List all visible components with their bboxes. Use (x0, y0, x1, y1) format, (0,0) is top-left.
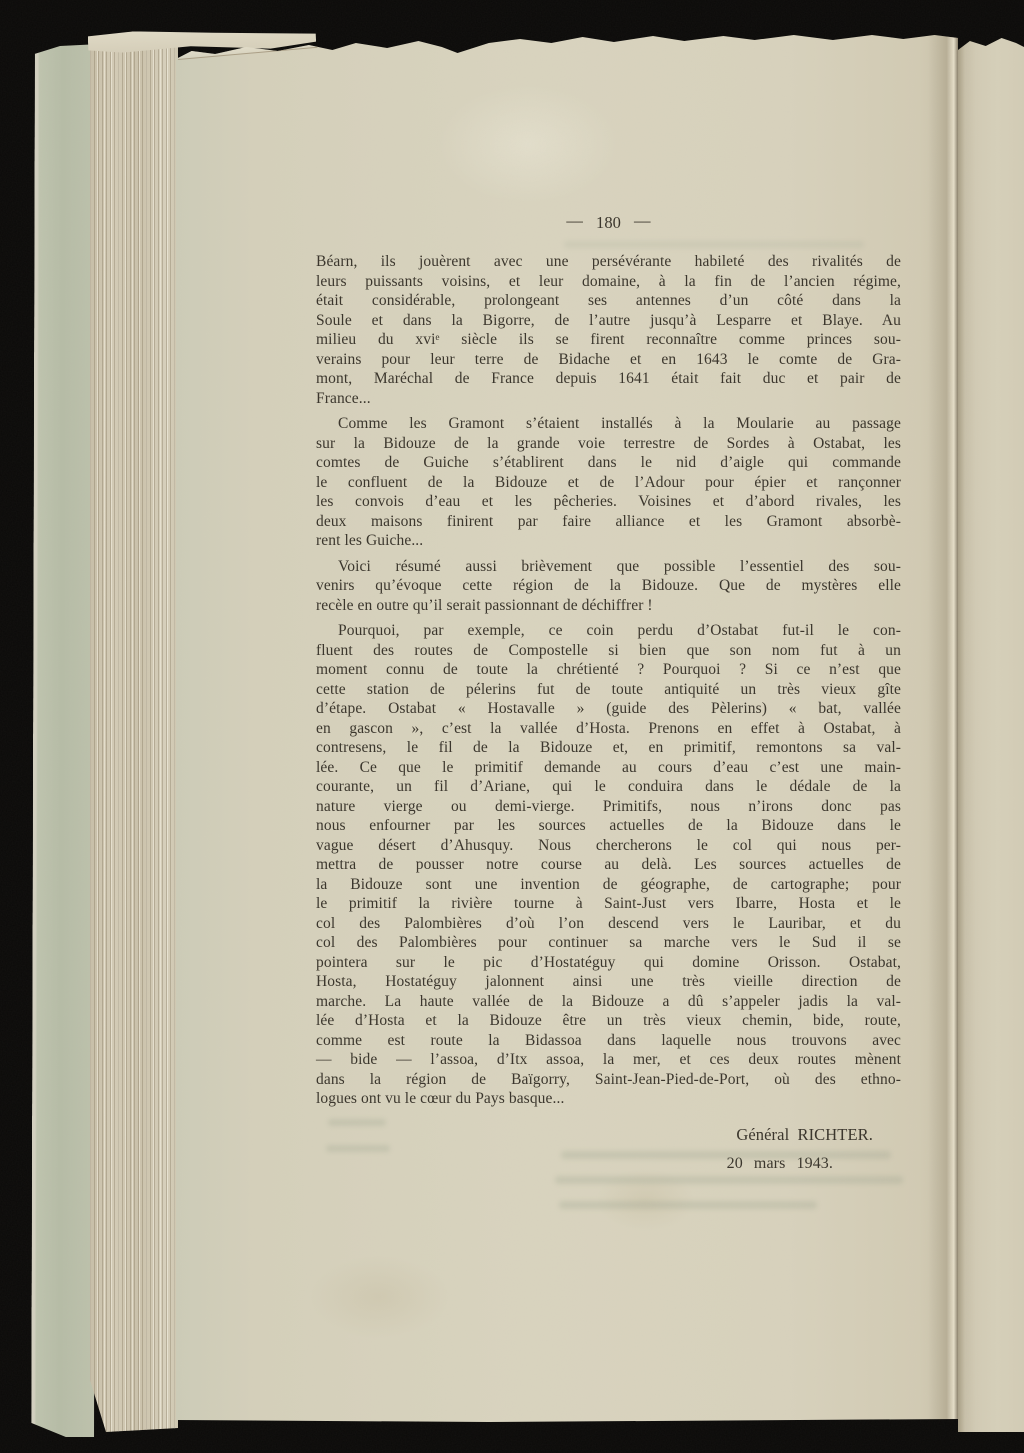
text-line: Comme les Gramont s’étaient installés à … (316, 414, 901, 434)
bleedthrough-mark (564, 241, 864, 248)
text-line: courante, un fil d’Ariane, qui le condui… (316, 777, 901, 797)
text-line: était considérable, prolongeant ses ante… (316, 291, 901, 311)
paragraphs: Béarn, ils jouèrent avec une persévérant… (316, 252, 901, 1109)
text-line: d’étape. Ostabat « Hostavalle » (guide d… (316, 699, 901, 719)
page-number: 180 (596, 213, 621, 232)
page-header: —180— (316, 213, 901, 235)
bleedthrough-mark (561, 1151, 891, 1159)
text-line: contresens, le fil de la Bidouze et, en … (316, 738, 901, 758)
text-line: cette station de pélerins fut de toute a… (316, 680, 901, 700)
header-dash-right: — (634, 211, 651, 230)
bleedthrough-mark (328, 1119, 386, 1126)
text-line: comme est route la Bidassoa dans laquell… (316, 1031, 901, 1051)
text-line: sur la Bidouze de la grande voie terrest… (316, 434, 901, 454)
text-line: rent les Guiche... (316, 531, 901, 551)
text-line: dans la région de Baïgorry, Saint-Jean-P… (316, 1070, 901, 1090)
bleedthrough-mark (559, 1201, 817, 1209)
scanned-page: —180— Béarn, ils jouèrent avec une persé… (176, 33, 958, 1422)
text-line: pointera sur le pic d’Hostatéguy qui dom… (316, 953, 901, 973)
text-line: nous enfourner par les sources actuelles… (316, 816, 901, 836)
text-line: France... (316, 389, 901, 409)
bleedthrough-mark (326, 1145, 390, 1152)
text-line: recèle en outre qu’il serait passionnant… (316, 596, 901, 616)
page-stack-edges (90, 37, 178, 1432)
text-line: nature vierge ou demi-vierge. Primitifs,… (316, 797, 901, 817)
text-line: en gascon », c’est la vallée d’Hosta. Pr… (316, 719, 901, 739)
gutter-shadow (928, 33, 958, 1422)
text-line: moment connu de toute la chrétienté ? Po… (316, 660, 901, 680)
text-line: Béarn, ils jouèrent avec une persévérant… (316, 252, 901, 272)
text-line: Hosta, Hostatéguy jalonnent ainsi une tr… (316, 972, 901, 992)
printed-text-block: —180— Béarn, ils jouèrent avec une persé… (316, 213, 901, 1174)
text-line: milieu du xviᵉ siècle ils se firent reco… (316, 330, 901, 350)
text-line: le primitif la rivière tourne à Saint-Ju… (316, 894, 901, 914)
torn-paper-scrap (88, 28, 316, 54)
text-line: leurs puissants voisins, et leur domaine… (316, 272, 901, 292)
book-scan: —180— Béarn, ils jouèrent avec une persé… (0, 0, 1024, 1453)
book-cover-edge (31, 44, 98, 1437)
text-line: lée d’Hosta et la Bidouze être un très v… (316, 1011, 901, 1031)
signature: Général RICHTER. (316, 1125, 901, 1145)
paragraph: Voici résumé aussi brièvement que possib… (316, 557, 901, 616)
text-line: la Bidouze sont une invention de géograp… (316, 875, 901, 895)
text-line: lée. Ce que le primitif demande au cours… (316, 758, 901, 778)
text-line: le confluent de la Bidouze et de l’Adour… (316, 473, 901, 493)
text-line: logues ont vu le cœur du Pays basque... (316, 1089, 901, 1109)
text-line: deux maisons finirent par faire alliance… (316, 512, 901, 532)
paragraph: Béarn, ils jouèrent avec une persévérant… (316, 252, 901, 408)
text-line: vague désert d’Ahusquy. Nous chercherons… (316, 836, 901, 856)
text-line: col des Palombières d’où l’on descend ve… (316, 914, 901, 934)
paragraph: Comme les Gramont s’étaient installés à … (316, 414, 901, 551)
text-line: comtes de Guiche s’établirent dans le ni… (316, 453, 901, 473)
paragraph: Pourquoi, par exemple, ce coin perdu d’O… (316, 621, 901, 1109)
text-line: mont, Maréchal de France depuis 1641 éta… (316, 369, 901, 389)
text-line: les convois d’eau et les pêcheries. Vois… (316, 492, 901, 512)
text-line: col des Palombières pour continuer sa ma… (316, 933, 901, 953)
text-line: Soule et dans la Bigorre, de l’autre jus… (316, 311, 901, 331)
text-line: — bide — l’assoa, d’Itx assoa, la mer, e… (316, 1050, 901, 1070)
facing-page-edge (958, 34, 1024, 1432)
text-line: Pourquoi, par exemple, ce coin perdu d’O… (316, 621, 901, 641)
text-line: marche. La haute vallée de la Bidouze a … (316, 992, 901, 1012)
text-line: mettra de pousser notre course au delà. … (316, 855, 901, 875)
header-dash-left: — (566, 211, 583, 230)
text-line: fluent des routes de Compostelle si bien… (316, 641, 901, 661)
text-line: verains pour leur terre de Bidache et en… (316, 350, 901, 370)
text-line: venirs qu’évoque cette région de la Bido… (316, 576, 901, 596)
text-line: Voici résumé aussi brièvement que possib… (316, 557, 901, 577)
bleedthrough-mark (555, 1176, 903, 1184)
